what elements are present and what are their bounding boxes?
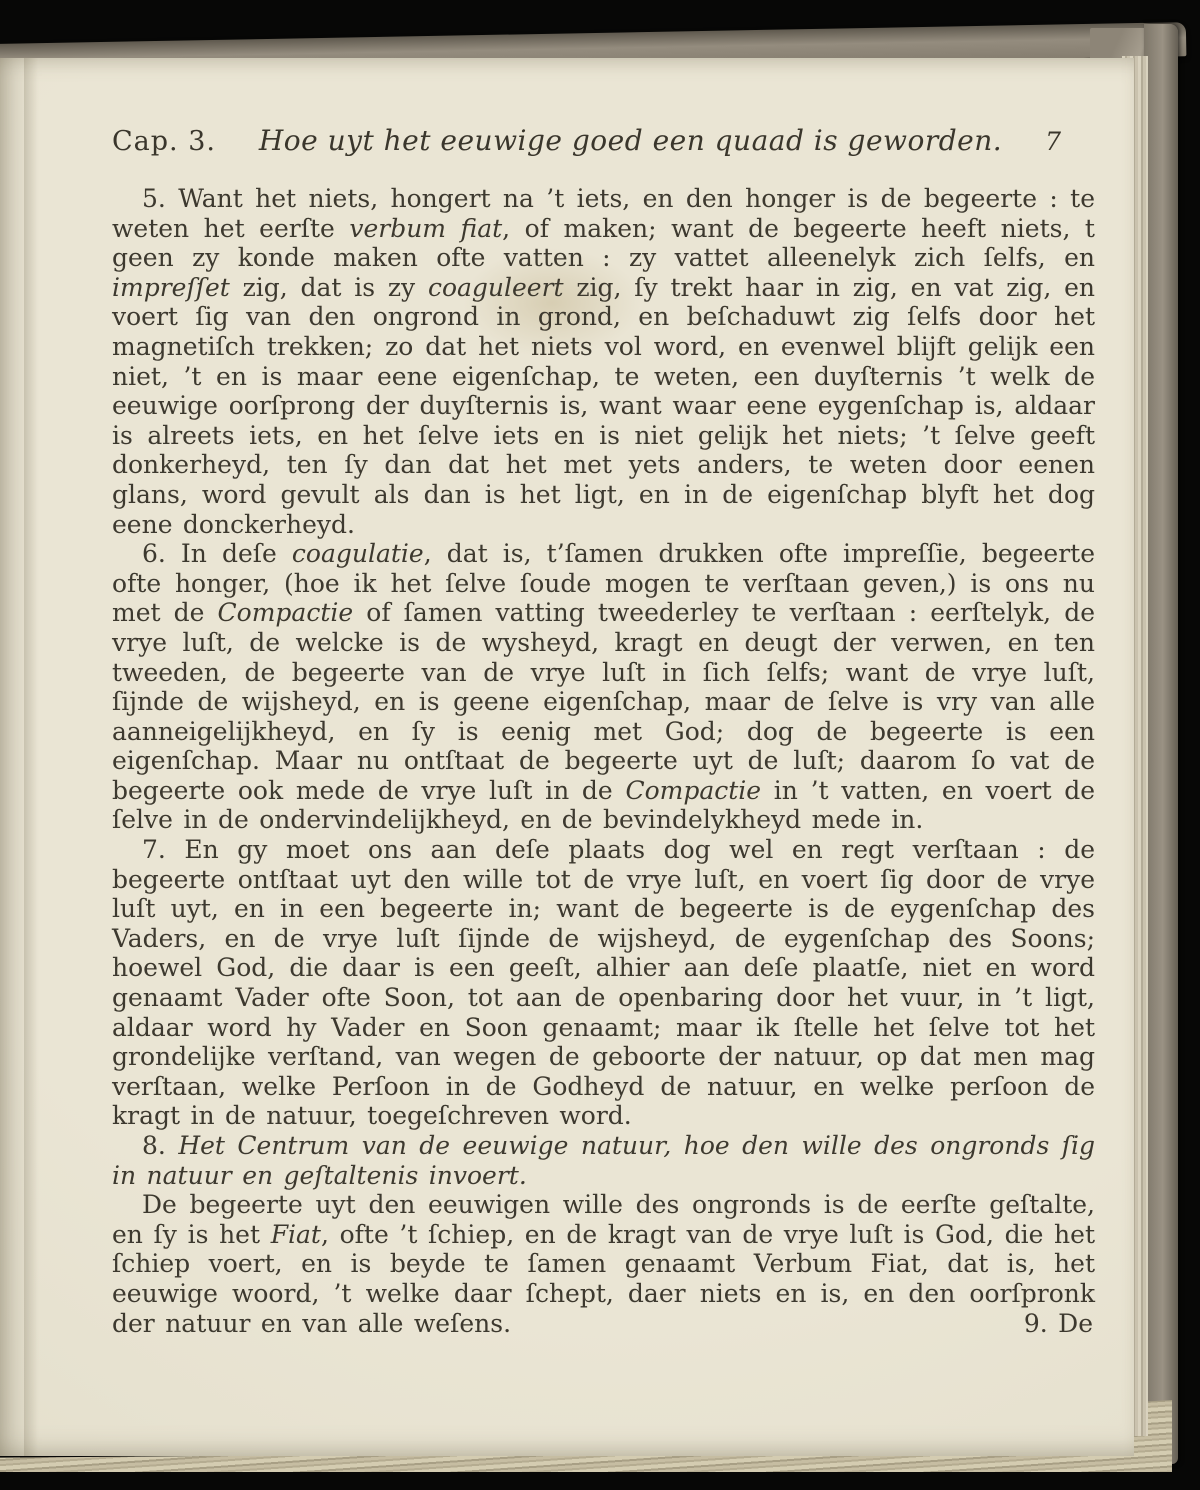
chapter-label: Cap. 3.: [112, 126, 216, 157]
page-header: Cap. 3. Hoe uyt het eeuwige goed een qua…: [112, 124, 1095, 157]
paragraph-5-segment: zig, ſy trekt haar in zig, en vat zig, e…: [112, 273, 1095, 539]
paragraphs-host: 5. Want het niets, hongert na ’t iets, e…: [112, 184, 1095, 1338]
book-page: Cap. 3. Hoe uyt het eeuwige goed een qua…: [0, 58, 1134, 1456]
paragraph-5: 5. Want het niets, hongert na ’t iets, e…: [112, 184, 1095, 539]
scan-background: Cap. 3. Hoe uyt het eeuwige goed een qua…: [0, 0, 1200, 1490]
paragraph-6-italic-segment: Compactie: [625, 776, 761, 805]
section-heading-8-italic-segment: Het Centrum van de eeuwige natuur, hoe d…: [112, 1131, 1095, 1190]
paragraph-7: 7. En gy moet ons aan deſe plaats dog we…: [112, 835, 1095, 1131]
gutter-crease: [24, 58, 38, 1456]
book-cover-right-edge: [1144, 24, 1178, 1464]
paragraph-6: 6. In deſe coagulatie, dat is, t’ſamen d…: [112, 539, 1095, 835]
section-heading-8-segment: 8.: [142, 1131, 178, 1160]
paragraph-6-segment: of ſamen vatting tweederley te verſtaan …: [112, 598, 1095, 805]
running-title: Hoe uyt het eeuwige goed een quaad is ge…: [216, 124, 1045, 157]
paragraph-7-segment: 7. En gy moet ons aan deſe plaats dog we…: [112, 835, 1095, 1130]
paragraph-5-segment: zig, dat is zy: [230, 273, 428, 302]
paragraph-5-italic-segment: impreſſet: [112, 273, 230, 302]
paragraph-6-italic-segment: coagulatie: [292, 539, 424, 568]
paragraph-6-italic-segment: Compactie: [218, 598, 354, 627]
section-heading-8: 8. Het Centrum van de eeuwige natuur, ho…: [112, 1131, 1095, 1190]
paragraph-6-segment: 6. In deſe: [142, 539, 292, 568]
paragraph-5-italic-segment: coaguleert: [428, 273, 564, 302]
page-body: 5. Want het niets, hongert na ’t iets, e…: [112, 184, 1095, 1338]
paragraph-9-italic-segment: Fiat: [271, 1220, 321, 1249]
page-number: 7: [1045, 127, 1095, 156]
paragraph-5-italic-segment: verbum fiat: [349, 214, 502, 243]
